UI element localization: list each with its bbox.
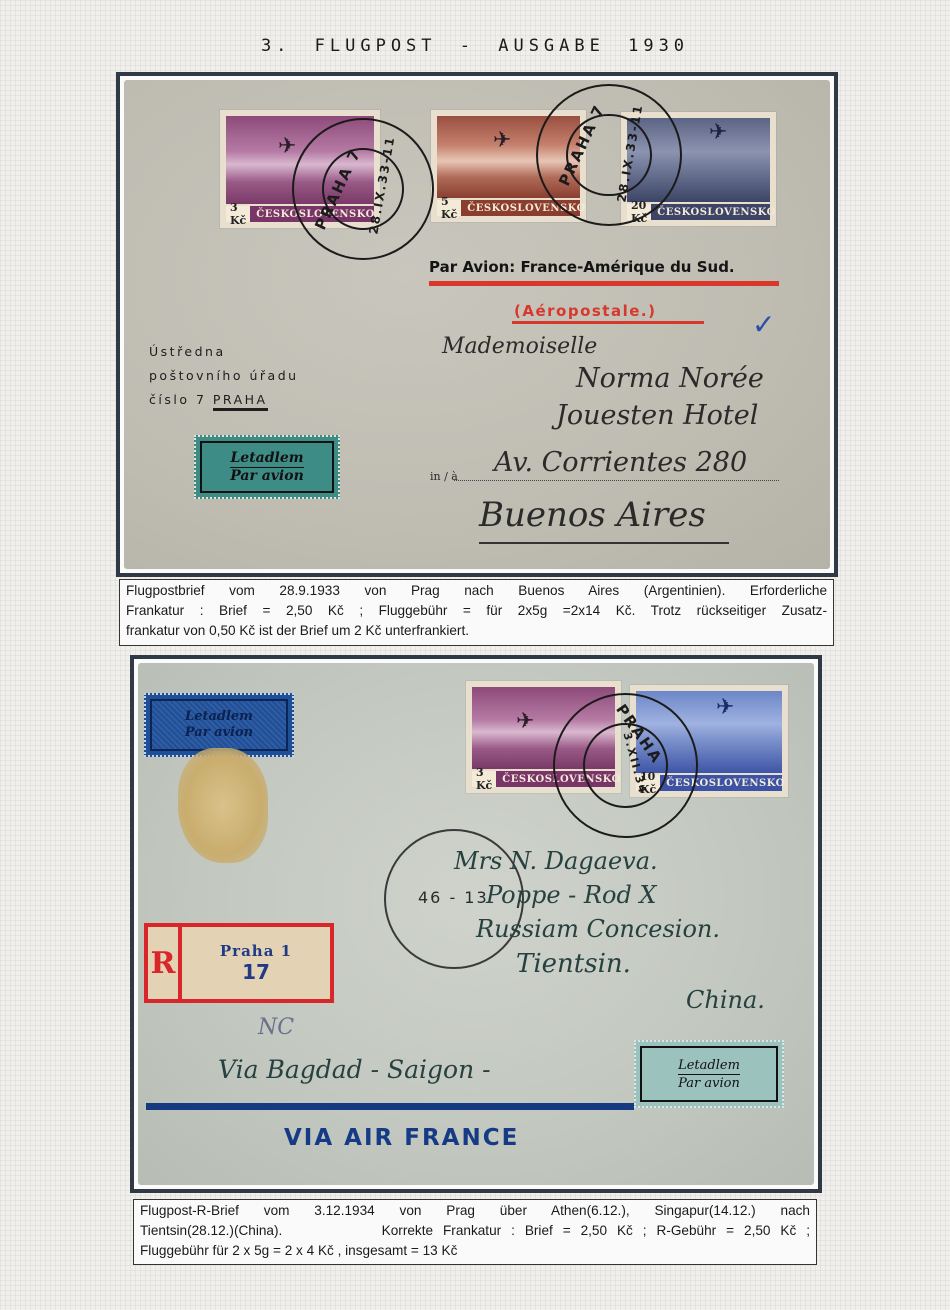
navy-rule	[146, 1103, 634, 1110]
address-name: Mrs N. Dagaeva.	[454, 847, 658, 875]
pencil-note: NC	[258, 1015, 294, 1040]
caption-cover2: Flugpost-R-Brief vom 3.12.1934 von Prag …	[133, 1199, 817, 1265]
checkmark-icon: ✓	[752, 308, 775, 341]
registration-r: R	[148, 927, 182, 999]
address-street-prefix: in / à	[430, 470, 458, 483]
address-city: Tientsin.	[516, 949, 631, 979]
address-district: Russiam Concesion.	[476, 915, 720, 943]
postmark-praha7-right: PRAHA 7 28.IX.33-11	[536, 84, 682, 226]
page-title: 3. FLUGPOST - AUSGABE 1930	[0, 36, 950, 56]
city-underline	[479, 542, 729, 544]
route-note: Via Bagdad - Saigon -	[218, 1055, 491, 1084]
caption-cover1: Flugpostbrief vom 28.9.1933 von Prag nac…	[119, 579, 834, 646]
biplane-icon: ✈	[278, 134, 296, 159]
sender-address: Ústředna poštovního úřadu číslo 7 PRAHA	[149, 340, 299, 412]
biplane-icon: ✈	[493, 128, 511, 153]
address-salutation: Mademoiselle	[442, 334, 597, 359]
address-street: Av. Corrientes 280	[494, 447, 747, 478]
red-rule-carrier	[512, 321, 704, 324]
registration-label: R Praha 1 17	[144, 923, 334, 1003]
postmark-praha7-left: PRAHA 7 28.IX.33-11	[292, 118, 434, 260]
address-hotel: Jouesten Hotel	[556, 400, 758, 431]
carrier-aeropostale: (Aéropostale.)	[514, 302, 656, 320]
airmail-label-light: Letadlem Par avion	[634, 1040, 784, 1108]
address-dotted-line	[454, 480, 779, 481]
cover2-envelope: Letadlem Par avion ✈ 3 KčČESKOSLOVENSKO …	[138, 663, 814, 1185]
registration-office: Praha 1	[220, 942, 292, 960]
address-name: Norma Norée	[576, 363, 764, 394]
address-city: Buenos Aires	[479, 495, 706, 535]
monoplane-icon: ✈	[716, 695, 734, 720]
cover1-envelope: ✈ 3 KčČESKOSLOVENSKO ✈ 5 KčČESKOSLOVENSK…	[124, 80, 830, 569]
routing-heading: Par Avion: France-Amérique du Sud.	[429, 258, 735, 276]
address-street: Poppe - Rod X	[486, 881, 657, 909]
registration-number: 17	[242, 960, 270, 984]
airline-imprint: VIA AIR FRANCE	[284, 1125, 519, 1151]
postmark-praha: PRAHA 3.XII.34	[553, 693, 698, 838]
red-rule-top	[429, 281, 779, 286]
tape-remnant	[178, 748, 268, 863]
cover2-frame: Letadlem Par avion ✈ 3 KčČESKOSLOVENSKO …	[130, 655, 822, 1193]
airmail-label: Letadlem Par avion	[194, 435, 340, 499]
address-country: China.	[686, 986, 765, 1014]
monoplane-icon: ✈	[709, 120, 727, 145]
biplane-icon: ✈	[516, 709, 534, 734]
cover1-frame: ✈ 3 KčČESKOSLOVENSKO ✈ 5 KčČESKOSLOVENSK…	[116, 72, 838, 577]
